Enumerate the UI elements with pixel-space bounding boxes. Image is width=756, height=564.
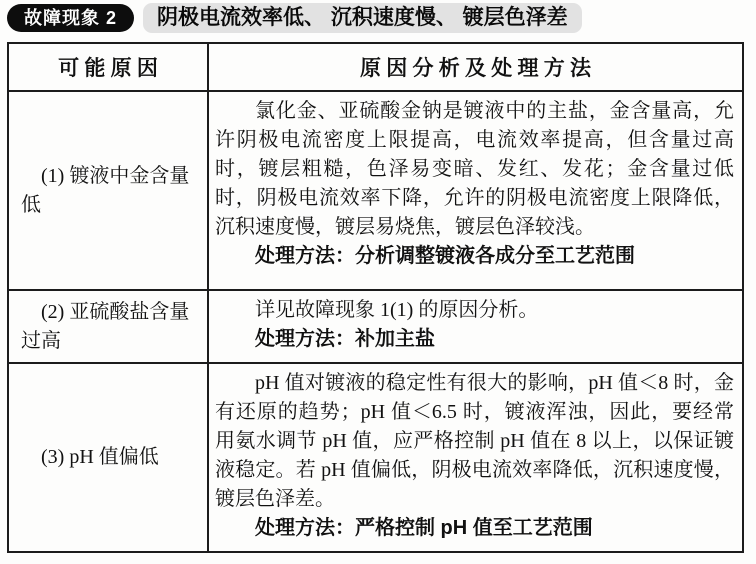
fault-number-badge: 故障现象 2: [7, 4, 134, 32]
cause-text-2: (2) 亚硫酸盐含量过高: [21, 298, 195, 356]
method-text-3: 处理方法：严格控制 pH 值至工艺范围: [215, 514, 734, 543]
table-row-1: (1) 镀液中金含量低 氯化金、亚硫酸金钠是镀液中的主盐，金含量高，允许阴极电流…: [8, 91, 743, 290]
scanned-page: 故障现象 2 阴极电流效率低、 沉积速度慢、 镀层色泽差 可 能 原 因 原 因…: [0, 0, 756, 564]
analysis-cell-2: 详见故障现象 1(1) 的原因分析。 处理方法：补加主盐: [208, 290, 743, 363]
fault-analysis-table: 可 能 原 因 原 因 分 析 及 处 理 方 法 (1) 镀液中金含量低 氯化…: [7, 42, 744, 553]
analysis-cell-1: 氯化金、亚硫酸金钠是镀液中的主盐，金含量高，允许阴极电流密度上限提高，电流效率提…: [208, 91, 743, 290]
column-header-analysis: 原 因 分 析 及 处 理 方 法: [208, 43, 743, 91]
method-text-2: 处理方法：补加主盐: [215, 325, 734, 354]
analysis-cell-3: pH 值对镀液的稳定性有很大的影响，pH 值＜8 时，金有还原的趋势；pH 值＜…: [208, 363, 743, 552]
fault-symptom-title: 阴极电流效率低、 沉积速度慢、 镀层色泽差: [143, 3, 582, 33]
analysis-text-2: 详见故障现象 1(1) 的原因分析。: [215, 296, 734, 325]
cause-text-1: (1) 镀液中金含量低: [21, 162, 195, 220]
cause-cell-1: (1) 镀液中金含量低: [8, 91, 208, 290]
cause-cell-3: (3) pH 值偏低: [8, 363, 208, 552]
column-header-cause: 可 能 原 因: [8, 43, 208, 91]
analysis-text-3: pH 值对镀液的稳定性有很大的影响，pH 值＜8 时，金有还原的趋势；pH 值＜…: [215, 369, 734, 514]
table-row-3: (3) pH 值偏低 pH 值对镀液的稳定性有很大的影响，pH 值＜8 时，金有…: [8, 363, 743, 552]
cause-text-3: (3) pH 值偏低: [21, 443, 195, 472]
method-text-1: 处理方法：分析调整镀液各成分至工艺范围: [215, 242, 734, 271]
fault-header: 故障现象 2 阴极电流效率低、 沉积速度慢、 镀层色泽差: [7, 3, 582, 33]
analysis-text-1: 氯化金、亚硫酸金钠是镀液中的主盐，金含量高，允许阴极电流密度上限提高，电流效率提…: [215, 97, 734, 242]
table-header-row: 可 能 原 因 原 因 分 析 及 处 理 方 法: [8, 43, 743, 91]
cause-cell-2: (2) 亚硫酸盐含量过高: [8, 290, 208, 363]
table-row-2: (2) 亚硫酸盐含量过高 详见故障现象 1(1) 的原因分析。 处理方法：补加主…: [8, 290, 743, 363]
